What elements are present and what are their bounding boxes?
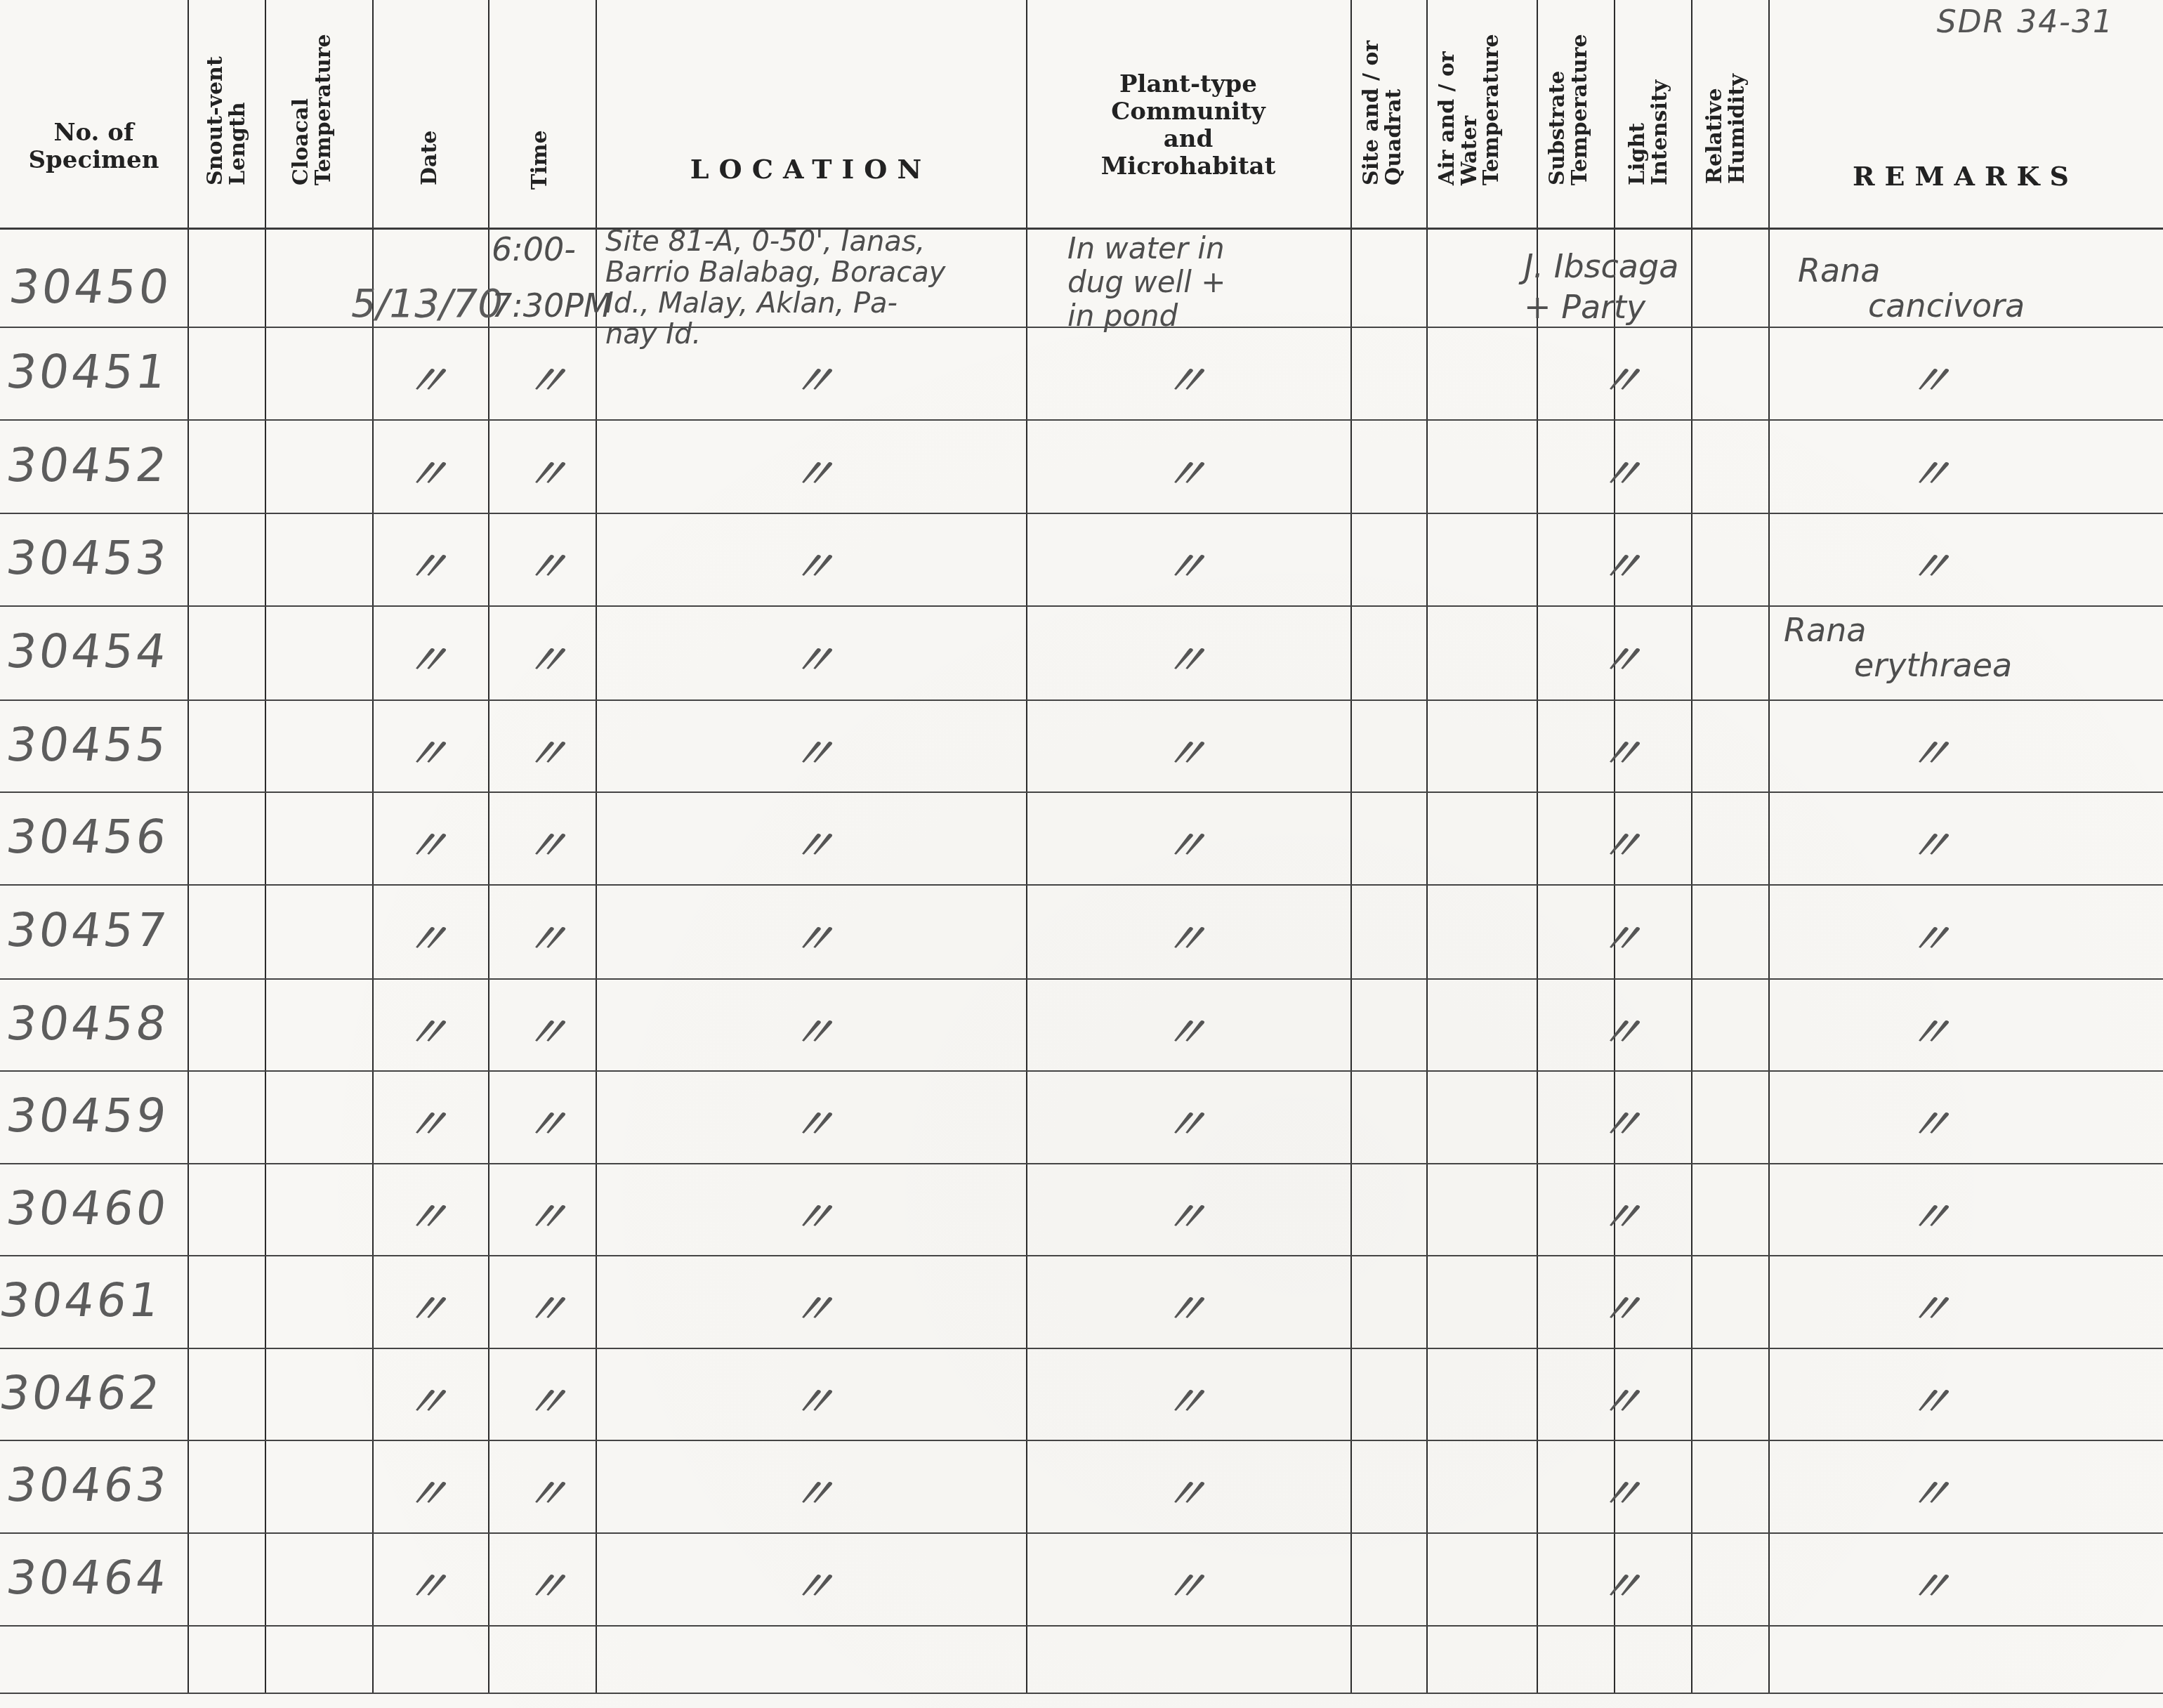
handwritten-line: + Party: [1524, 287, 1678, 327]
specimen-no: 30456: [4, 810, 173, 864]
date-ditto: 〃: [401, 1369, 454, 1428]
light-ditto: 〃: [1595, 1184, 1648, 1243]
microhabitat-ditto: 〃: [1159, 1091, 1213, 1150]
light-ditto: 〃: [1595, 721, 1648, 780]
row-divider: [0, 1693, 2163, 1694]
remarks-entry: Ranacancivora: [1798, 253, 2025, 323]
location-ditto: 〃: [787, 627, 841, 686]
header-cloacal-temperature: Cloacal Temperature: [265, 0, 372, 226]
row-divider: [0, 1625, 2163, 1627]
microhabitat-ditto: 〃: [1159, 999, 1213, 1058]
location-ditto: 〃: [787, 441, 841, 500]
location-ditto: 〃: [787, 999, 841, 1058]
handwritten-line: Id., Malay, Aklan, Pa-: [605, 288, 946, 319]
handwritten-line: Rana: [1784, 612, 2012, 648]
location-ditto: 〃: [787, 1184, 841, 1243]
time-ditto: 〃: [520, 441, 574, 500]
light-ditto: 〃: [1595, 1091, 1648, 1150]
specimen-no: 30455: [4, 718, 173, 772]
microhabitat-ditto: 〃: [1159, 441, 1213, 500]
table-row: 30461〃〃〃〃〃〃: [0, 1255, 2163, 1348]
microhabitat-ditto: 〃: [1159, 906, 1213, 965]
date-ditto: 〃: [401, 813, 454, 872]
header-substrate-temperature: Substrate Temperature: [1537, 0, 1614, 226]
table-row: 30457〃〃〃〃〃〃: [0, 884, 2163, 978]
location-ditto: 〃: [787, 1553, 841, 1612]
microhabitat-ditto: 〃: [1159, 1184, 1213, 1243]
date-ditto: 〃: [401, 627, 454, 686]
microhabitat-ditto: 〃: [1159, 721, 1213, 780]
remarks-ditto: 〃: [1904, 906, 1957, 965]
microhabitat-ditto: 〃: [1159, 627, 1213, 686]
specimen-no: 30454: [4, 624, 173, 678]
microhabitat-ditto: 〃: [1159, 1369, 1213, 1428]
specimen-no: 30457: [4, 903, 173, 957]
time-ditto: 〃: [520, 1553, 574, 1612]
light-ditto: 〃: [1595, 534, 1648, 593]
time-ditto: 〃: [520, 1276, 574, 1335]
handwritten-line: J. Ibscaga: [1524, 246, 1678, 287]
header-relative-humidity: Relative Humidity: [1691, 0, 1768, 226]
table-row: 30462〃〃〃〃〃〃: [0, 1348, 2163, 1440]
time-ditto: 〃: [520, 906, 574, 965]
microhabitat-ditto: 〃: [1159, 813, 1213, 872]
light-ditto: 〃: [1595, 1461, 1648, 1520]
time-end: 7:30PM: [492, 288, 612, 324]
handwritten-line: erythraea: [1854, 648, 2012, 683]
light-ditto: 〃: [1595, 906, 1648, 965]
collector-entry: J. Ibscaga+ Party: [1524, 246, 1678, 327]
remarks-ditto: 〃: [1904, 1091, 1957, 1150]
specimen-no: 30464: [4, 1551, 173, 1605]
light-ditto: 〃: [1595, 627, 1648, 686]
header-time: Time: [488, 0, 596, 226]
remarks-ditto: 〃: [1904, 1276, 1957, 1335]
light-ditto: 〃: [1595, 441, 1648, 500]
location-ditto: 〃: [787, 906, 841, 965]
date-ditto: 〃: [401, 1461, 454, 1520]
handwritten-line: cancivora: [1868, 288, 2025, 323]
microhabitat-ditto: 〃: [1159, 348, 1213, 407]
light-ditto: 〃: [1595, 1369, 1648, 1428]
location-ditto: 〃: [787, 348, 841, 407]
date-ditto: 〃: [401, 534, 454, 593]
date-ditto: 〃: [401, 348, 454, 407]
remarks-entry: Ranaerythraea: [1784, 612, 2012, 683]
time-start: 6:00-: [492, 232, 576, 268]
specimen-no: 30451: [4, 345, 173, 399]
table-row: 30463〃〃〃〃〃〃: [0, 1440, 2163, 1532]
date-ditto: 〃: [401, 721, 454, 780]
handwritten-line: In water in: [1067, 232, 1225, 265]
table-row: 30453〃〃〃〃〃〃: [0, 513, 2163, 605]
date-ditto: 〃: [401, 441, 454, 500]
handwritten-line: Barrio Balabag, Boracay: [605, 257, 946, 288]
date-ditto: 〃: [401, 906, 454, 965]
specimen-no: 30459: [4, 1089, 173, 1143]
header-location: LOCATION: [596, 0, 1026, 226]
remarks-ditto: 〃: [1904, 813, 1957, 872]
header-light-intensity: Light Intensity: [1614, 0, 1691, 226]
remarks-ditto: 〃: [1904, 1461, 1957, 1520]
date-ditto: 〃: [401, 1184, 454, 1243]
remarks-ditto: 〃: [1904, 1369, 1957, 1428]
specimen-no: 30461: [0, 1273, 165, 1327]
light-ditto: 〃: [1595, 348, 1648, 407]
date-ditto: 〃: [401, 999, 454, 1058]
table-row: 30452〃〃〃〃〃〃: [0, 419, 2163, 513]
table-row: 30459〃〃〃〃〃〃: [0, 1070, 2163, 1163]
header-air-water-temperature: Air and / or Water Temperature: [1426, 0, 1537, 226]
time-ditto: 〃: [520, 999, 574, 1058]
microhabitat-ditto: 〃: [1159, 1553, 1213, 1612]
table-row: 30460〃〃〃〃〃〃: [0, 1163, 2163, 1255]
microhabitat-ditto: 〃: [1159, 534, 1213, 593]
table-row: 30456〃〃〃〃〃〃: [0, 791, 2163, 884]
microhabitat-ditto: 〃: [1159, 1461, 1213, 1520]
light-ditto: 〃: [1595, 999, 1648, 1058]
location-ditto: 〃: [787, 1091, 841, 1150]
table-row: 30458〃〃〃〃〃〃: [0, 978, 2163, 1070]
location-ditto: 〃: [787, 1369, 841, 1428]
header-snout-vent-length: Snout-vent Length: [188, 0, 265, 226]
location-ditto: 〃: [787, 1276, 841, 1335]
remarks-ditto: 〃: [1904, 348, 1957, 407]
remarks-ditto: 〃: [1904, 1553, 1957, 1612]
specimen-no: 30458: [4, 997, 173, 1051]
microhabitat-entry: In water indug well +in pond: [1067, 232, 1225, 333]
remarks-ditto: 〃: [1904, 999, 1957, 1058]
header-date: Date: [372, 0, 488, 226]
time-ditto: 〃: [520, 534, 574, 593]
table-row: 30454〃〃〃〃〃Ranaerythraea: [0, 605, 2163, 699]
light-ditto: 〃: [1595, 813, 1648, 872]
location-ditto: 〃: [787, 1461, 841, 1520]
light-ditto: 〃: [1595, 1276, 1648, 1335]
table-row: 30451〃〃〃〃〃〃: [0, 327, 2163, 419]
time-ditto: 〃: [520, 721, 574, 780]
handwritten-line: Site 81-A, 0-50', Ianas,: [605, 226, 946, 257]
date-entry: 5/13/70: [351, 281, 503, 327]
time-ditto: 〃: [520, 348, 574, 407]
time-ditto: 〃: [520, 1184, 574, 1243]
header-plant-type: Plant-type Community and Microhabitat: [1026, 0, 1350, 226]
specimen-no: 30463: [4, 1458, 173, 1512]
location-ditto: 〃: [787, 534, 841, 593]
remarks-ditto: 〃: [1904, 534, 1957, 593]
date-ditto: 〃: [401, 1553, 454, 1612]
header-site-quadrat: Site and / or Quadrat: [1350, 0, 1426, 226]
remarks-ditto: 〃: [1904, 721, 1957, 780]
header-remarks: REMARKS: [1768, 0, 2163, 226]
date-ditto: 〃: [401, 1091, 454, 1150]
light-ditto: 〃: [1595, 1553, 1648, 1612]
header-specimen-no: No. of Specimen: [0, 0, 188, 226]
specimen-no: 30460: [4, 1181, 173, 1235]
specimen-no: 30462: [0, 1366, 165, 1420]
handwritten-line: Rana: [1798, 253, 2025, 288]
location-ditto: 〃: [787, 813, 841, 872]
remarks-ditto: 〃: [1904, 441, 1957, 500]
handwritten-line: dug well +: [1067, 265, 1225, 299]
location-ditto: 〃: [787, 721, 841, 780]
time-ditto: 〃: [520, 813, 574, 872]
remarks-ditto: 〃: [1904, 1184, 1957, 1243]
date-ditto: 〃: [401, 1276, 454, 1335]
specimen-field-data-sheet: SDR 34-31 No. of Specimen Snout-vent Len…: [0, 0, 2163, 1708]
specimen-no: 30450: [6, 260, 176, 314]
time-ditto: 〃: [520, 1369, 574, 1428]
time-ditto: 〃: [520, 1091, 574, 1150]
specimen-no: 30452: [4, 438, 173, 492]
time-ditto: 〃: [520, 627, 574, 686]
table-row: 30464〃〃〃〃〃〃: [0, 1532, 2163, 1625]
table-row: 30455〃〃〃〃〃〃: [0, 699, 2163, 791]
microhabitat-ditto: 〃: [1159, 1276, 1213, 1335]
row-divider: [0, 228, 2163, 230]
specimen-no: 30453: [4, 531, 173, 585]
time-ditto: 〃: [520, 1461, 574, 1520]
